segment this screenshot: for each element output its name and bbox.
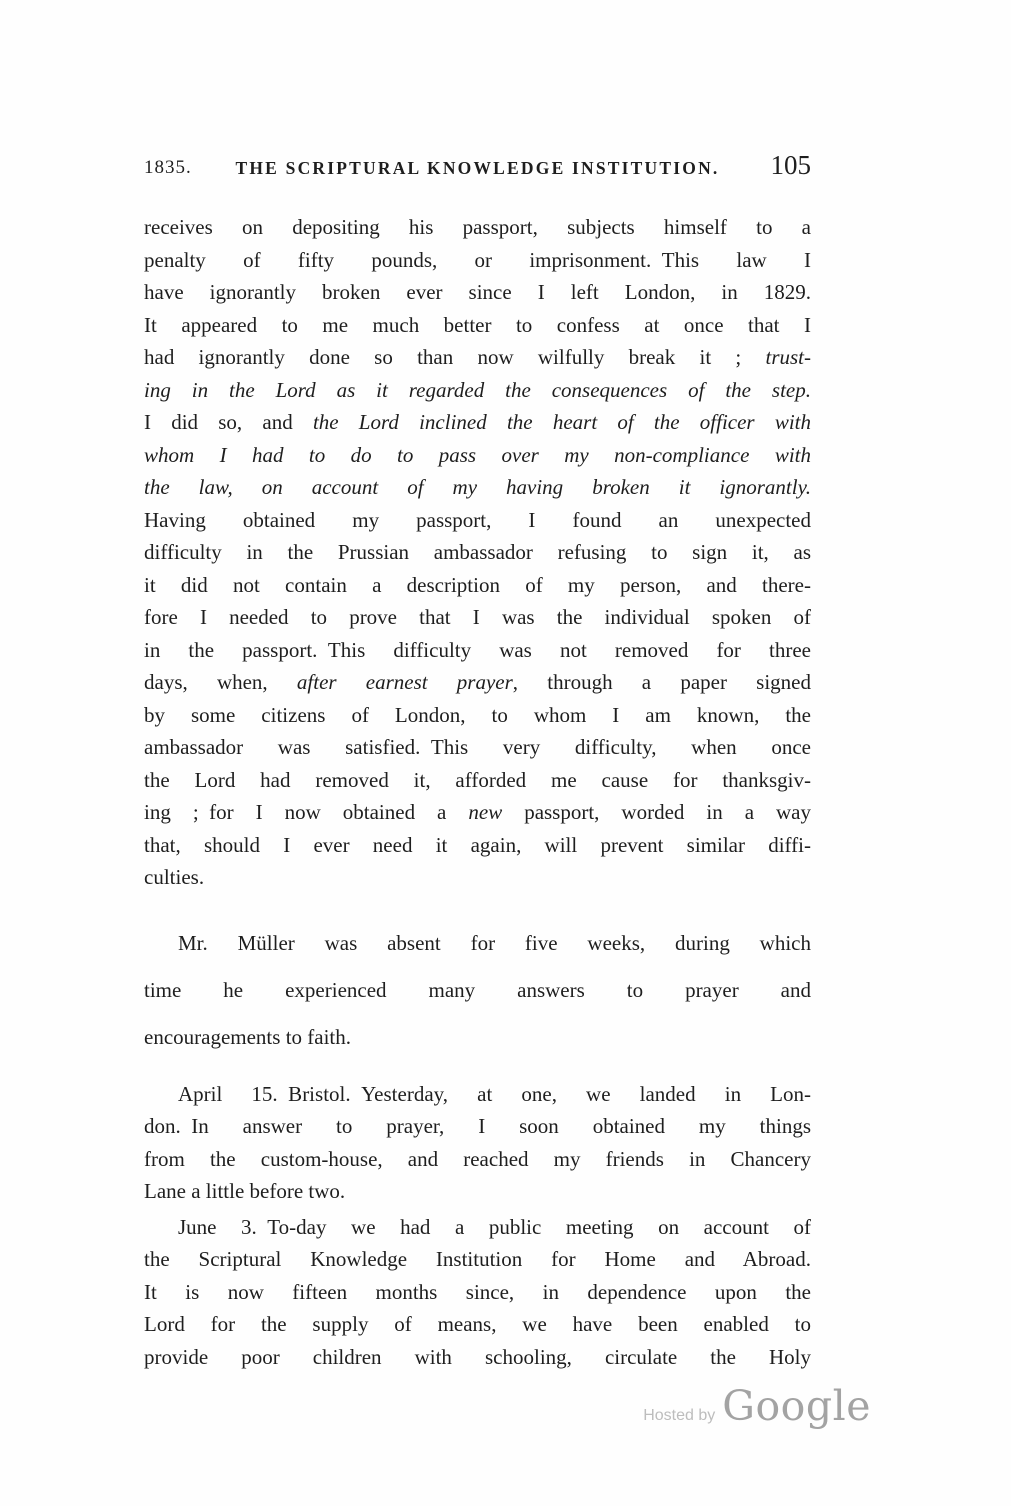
text-line: the law, on account of my having broken … — [144, 471, 811, 504]
text-run: Having obtained my passport, I found an … — [144, 508, 811, 532]
text-line: It is now fifteen months since, in depen… — [144, 1276, 811, 1309]
text-line: don. In answer to prayer, I soon obtaine… — [144, 1110, 811, 1143]
paragraph: June 3. To-day we had a public meeting o… — [144, 1211, 811, 1374]
text-line: difficulty in the Prussian ambassador re… — [144, 536, 811, 569]
text-run: It appeared to me much better to confess… — [144, 313, 811, 337]
text-run: , through a paper signed — [513, 670, 811, 694]
text-line: ambassador was satisfied. This very diff… — [144, 731, 811, 764]
text-line: had ignorantly done so than now wilfully… — [144, 341, 811, 374]
text-run: the Scriptural Knowledge Institution for… — [144, 1247, 811, 1271]
text-run: that, should I ever need it again, will … — [144, 833, 811, 857]
text-run: it did not contain a description of my p… — [144, 573, 811, 597]
text-line: by some citizens of London, to whom I am… — [144, 699, 811, 732]
text-line: Having obtained my passport, I found an … — [144, 504, 811, 537]
text-body: receives on depositing his passport, sub… — [144, 211, 811, 1373]
text-line: fore I needed to prove that I was the in… — [144, 601, 811, 634]
text-run: difficulty in the Prussian ambassador re… — [144, 540, 811, 564]
text-line: ing in the Lord as it regarded the conse… — [144, 374, 811, 407]
text-run: ing ; for I now obtained a — [144, 800, 468, 824]
paragraph: Mr. Müller was absent for five weeks, du… — [144, 920, 811, 1061]
text-line: from the custom-house, and reached my fr… — [144, 1143, 811, 1176]
text-line: Lord for the supply of means, we have be… — [144, 1308, 811, 1341]
text-line: Mr. Müller was absent for five weeks, du… — [144, 920, 811, 967]
text-run: have ignorantly broken ever since I left… — [144, 280, 811, 304]
text-run: ambassador was satisfied. This very diff… — [144, 735, 811, 759]
text-line: It appeared to me much better to confess… — [144, 309, 811, 342]
text-run: had ignorantly done so than now wilfully… — [144, 345, 765, 369]
running-head: 1835. THE SCRIPTURAL KNOWLEDGE INSTITUTI… — [144, 150, 811, 184]
text-run: I did so, and — [144, 410, 313, 434]
italic-text-run: after earnest prayer — [297, 670, 513, 694]
google-logo: Google — [722, 1386, 871, 1427]
text-run: culties. — [144, 865, 204, 889]
book-page: 1835. THE SCRIPTURAL KNOWLEDGE INSTITUTI… — [0, 0, 1011, 1506]
text-run: days, when, — [144, 670, 297, 694]
text-line: receives on depositing his passport, sub… — [144, 211, 811, 244]
text-run: by some citizens of London, to whom I am… — [144, 703, 811, 727]
text-run: penalty of fifty pounds, or imprisonment… — [144, 248, 811, 272]
text-run: Lord for the supply of means, we have be… — [144, 1312, 811, 1336]
text-line: the Scriptural Knowledge Institution for… — [144, 1243, 811, 1276]
text-run: Lane a little before two. — [144, 1179, 345, 1203]
text-line: encouragements to faith. — [144, 1014, 811, 1061]
text-line: penalty of fifty pounds, or imprisonment… — [144, 244, 811, 277]
italic-text-run: the law, on account of my having broken … — [144, 475, 811, 499]
text-run: don. In answer to prayer, I soon obtaine… — [144, 1114, 811, 1138]
text-run: June 3. To-day we had a public meeting o… — [178, 1215, 811, 1239]
google-watermark: Hosted by Google — [643, 1386, 871, 1427]
text-line: I did so, and the Lord inclined the hear… — [144, 406, 811, 439]
text-run: receives on depositing his passport, sub… — [144, 215, 811, 239]
page-number: 105 — [771, 150, 812, 181]
italic-text-run: ing in the Lord as it regarded the conse… — [144, 378, 811, 402]
text-line: provide poor children with schooling, ci… — [144, 1341, 811, 1374]
italic-text-run: whom I had to do to pass over my non-com… — [144, 443, 811, 467]
text-line: June 3. To-day we had a public meeting o… — [144, 1211, 811, 1244]
hosted-by-label: Hosted by — [643, 1407, 715, 1425]
text-run: April 15. Bristol. Yesterday, at one, we… — [178, 1082, 811, 1106]
text-run: time he experienced many answers to pray… — [144, 978, 811, 1002]
header-title: THE SCRIPTURAL KNOWLEDGE INSTITUTION. — [144, 158, 811, 179]
italic-text-run: trust- — [765, 345, 811, 369]
text-line: that, should I ever need it again, will … — [144, 829, 811, 862]
text-line: Lane a little before two. — [144, 1175, 811, 1208]
text-run: encouragements to faith. — [144, 1025, 351, 1049]
text-run: It is now fifteen months since, in depen… — [144, 1280, 811, 1304]
paragraph: April 15. Bristol. Yesterday, at one, we… — [144, 1078, 811, 1208]
text-line: days, when, after earnest prayer, throug… — [144, 666, 811, 699]
text-run: provide poor children with schooling, ci… — [144, 1345, 811, 1369]
text-line: time he experienced many answers to pray… — [144, 967, 811, 1014]
text-line: April 15. Bristol. Yesterday, at one, we… — [144, 1078, 811, 1111]
text-run: from the custom-house, and reached my fr… — [144, 1147, 811, 1171]
text-run: in the passport. This difficulty was not… — [144, 638, 811, 662]
text-line: it did not contain a description of my p… — [144, 569, 811, 602]
italic-text-run: the Lord inclined the heart of the offic… — [313, 410, 811, 434]
paragraph: receives on depositing his passport, sub… — [144, 211, 811, 894]
text-run: fore I needed to prove that I was the in… — [144, 605, 811, 629]
text-run: the Lord had removed it, afforded me cau… — [144, 768, 811, 792]
text-line: culties. — [144, 861, 811, 894]
text-line: in the passport. This difficulty was not… — [144, 634, 811, 667]
text-run: passport, worded in a way — [502, 800, 811, 824]
text-line: ing ; for I now obtained a new passport,… — [144, 796, 811, 829]
text-line: have ignorantly broken ever since I left… — [144, 276, 811, 309]
italic-text-run: new — [468, 800, 502, 824]
text-line: whom I had to do to pass over my non-com… — [144, 439, 811, 472]
text-run: Mr. Müller was absent for five weeks, du… — [178, 931, 811, 955]
text-line: the Lord had removed it, afforded me cau… — [144, 764, 811, 797]
